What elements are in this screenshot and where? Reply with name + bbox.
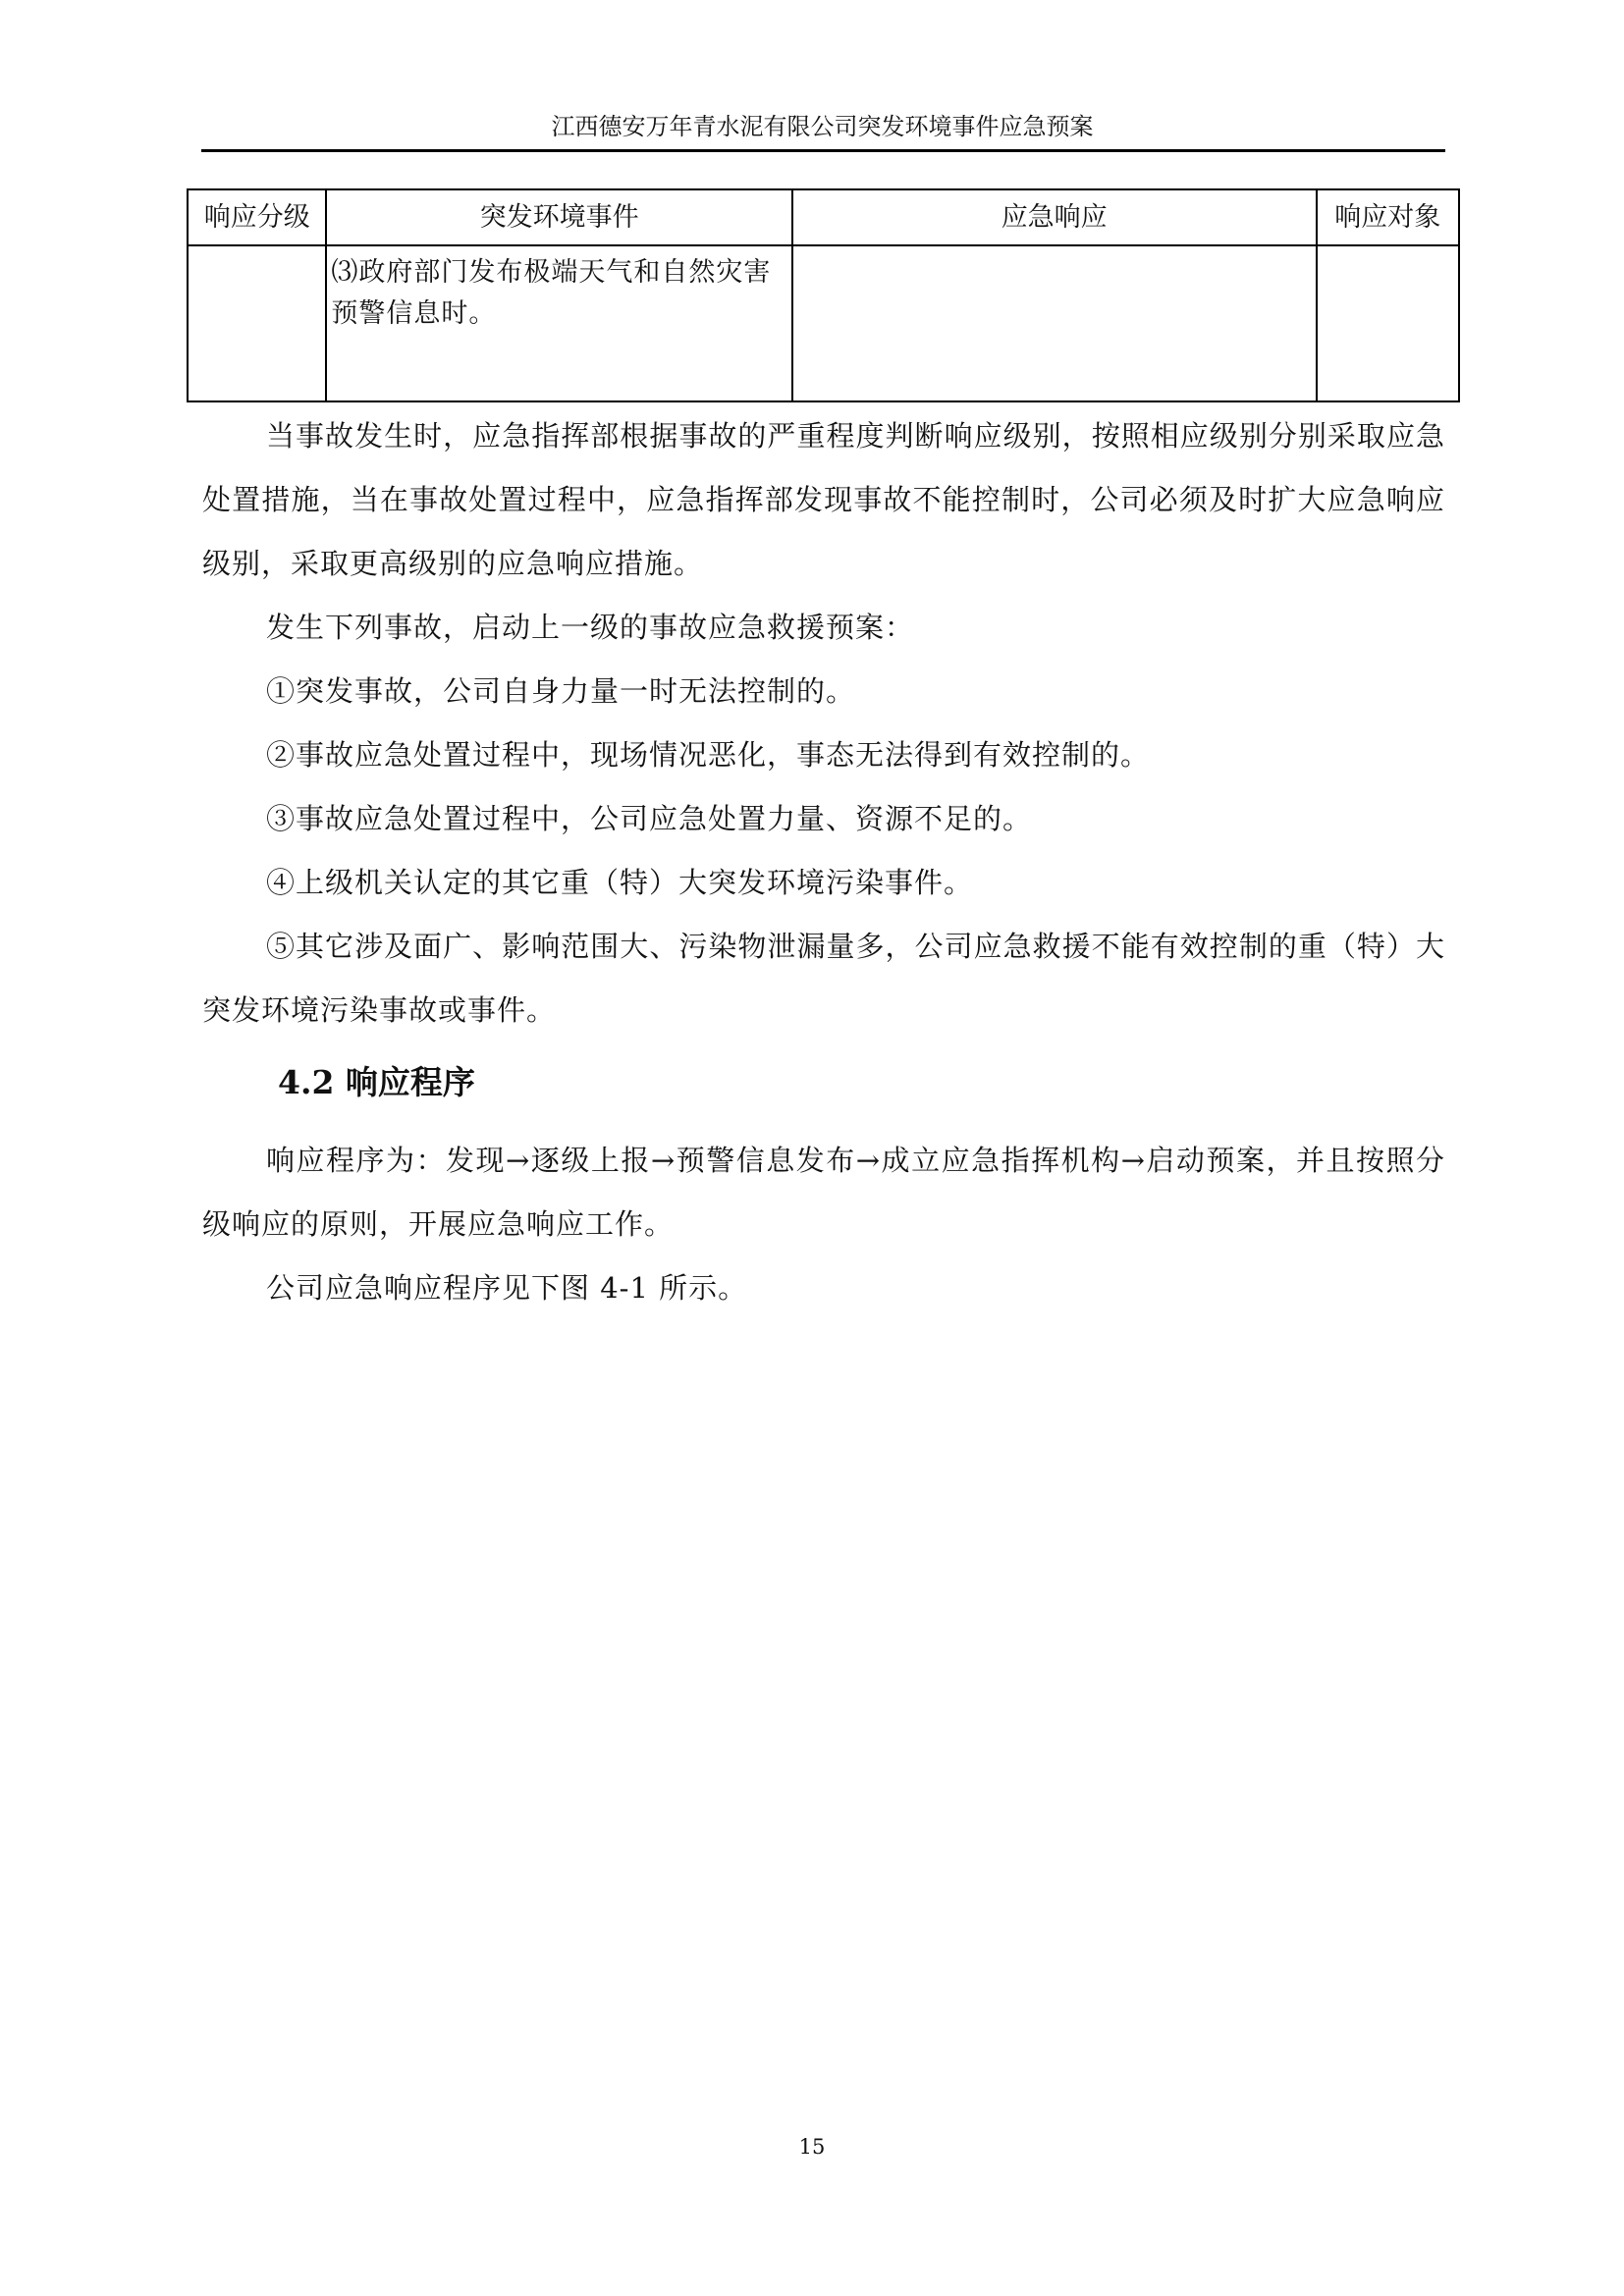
header-rule: [201, 149, 1445, 152]
paragraph-response-procedure: 响应程序为：发现→逐级上报→预警信息发布→成立应急指挥机构→启动预案，并且按照分…: [202, 1129, 1445, 1256]
section-4-1-body: 当事故发生时，应急指挥部根据事故的严重程度判断响应级别，按照相应级别分别采取应急…: [202, 404, 1445, 1042]
section-4-2-body: 响应程序为：发现→逐级上报→预警信息发布→成立应急指挥机构→启动预案，并且按照分…: [202, 1129, 1445, 1320]
paragraph-figure-reference: 公司应急响应程序见下图 4-1 所示。: [202, 1256, 1445, 1320]
list-item-condition-1: ①突发事故，公司自身力量一时无法控制的。: [202, 660, 1445, 723]
response-level-table: 响应分级 突发环境事件 应急响应 响应对象 ⑶政府部门发布极端天气和自然灾害预警…: [187, 188, 1460, 402]
column-header-response: 应急响应: [792, 189, 1317, 245]
column-header-target: 响应对象: [1317, 189, 1459, 245]
cell-response: [792, 245, 1317, 401]
list-item-condition-2: ②事故应急处置过程中，现场情况恶化，事态无法得到有效控制的。: [202, 723, 1445, 787]
paragraph-escalation-conditions-lead: 发生下列事故，启动上一级的事故应急救援预案：: [202, 596, 1445, 660]
page-number: 15: [0, 2133, 1624, 2161]
column-header-event: 突发环境事件: [326, 189, 791, 245]
cell-target: [1317, 245, 1459, 401]
cell-event: ⑶政府部门发布极端天气和自然灾害预警信息时。: [326, 245, 791, 401]
page-header-title: 江西德安万年青水泥有限公司突发环境事件应急预案: [201, 110, 1443, 143]
table-row: ⑶政府部门发布极端天气和自然灾害预警信息时。: [188, 245, 1459, 401]
list-item-condition-4: ④上级机关认定的其它重（特）大突发环境污染事件。: [202, 851, 1445, 915]
column-header-level: 响应分级: [188, 189, 326, 245]
list-item-condition-5: ⑤其它涉及面广、影响范围大、污染物泄漏量多，公司应急救援不能有效控制的重（特）大…: [202, 915, 1445, 1042]
list-item-condition-3: ③事故应急处置过程中，公司应急处置力量、资源不足的。: [202, 787, 1445, 851]
paragraph-escalation-intro: 当事故发生时，应急指挥部根据事故的严重程度判断响应级别，按照相应级别分别采取应急…: [202, 404, 1445, 596]
cell-level: [188, 245, 326, 401]
table-header-row: 响应分级 突发环境事件 应急响应 响应对象: [188, 189, 1459, 245]
section-heading-4-2: 4.2 响应程序: [278, 1053, 475, 1112]
